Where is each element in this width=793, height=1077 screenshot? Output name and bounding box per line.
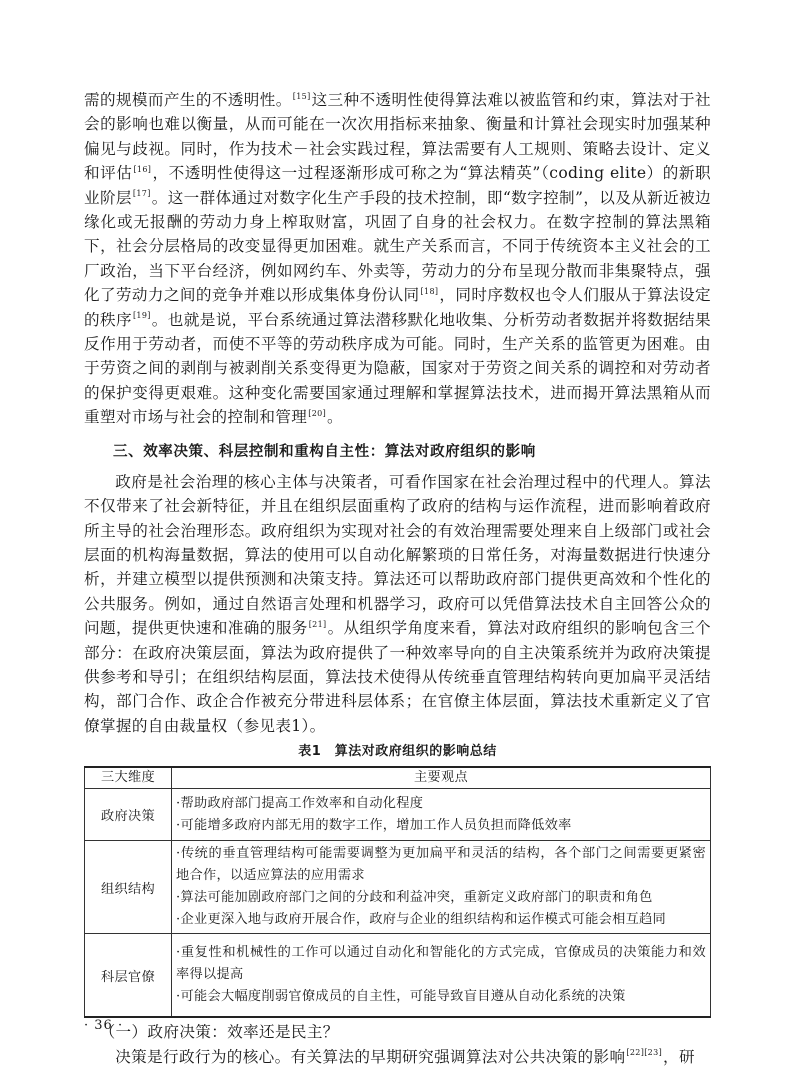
table-header-cell: 主要观点 (172, 767, 711, 789)
text-run: 决策是行政行为的核心。有关算法的早期研究强调算法对公共决策的影响 (115, 1048, 625, 1066)
summary-table: 三大维度 主要观点 政府决策 ·帮助政府部门提高工作效率和自动化程度 ·可能增多… (84, 766, 711, 1018)
citation: [15] (293, 92, 311, 101)
point-item: ·重复性和机械性的工作可以通过自动化和智能化的方式完成，官僚成员的决策能力和效率… (176, 942, 706, 986)
point-item: ·企业更深入地与政府开展合作，政府与企业的组织结构和运作模式可能会相互趋同 (176, 909, 706, 931)
points-cell: ·重复性和机械性的工作可以通过自动化和智能化的方式完成，官僚成员的决策能力和效率… (172, 934, 711, 1018)
table-row: 组织结构 ·传统的垂直管理结构可能需要调整为更加扁平和灵活的结构，各个部门之间需… (85, 841, 711, 934)
table-row: 政府决策 ·帮助政府部门提高工作效率和自动化程度 ·可能增多政府内部无用的数字工… (85, 789, 711, 841)
dimension-cell: 政府决策 (85, 789, 172, 841)
citation: [21] (309, 620, 327, 629)
text-run: 。也就是说，平台系统通过算法潜移默化地收集、分析劳动者数据并将数据结果反作用于劳… (84, 311, 711, 427)
page-body: 需的规模而产生的不透明性。[15]这三种不透明性使得算法难以被监管和约束，算法对… (84, 88, 711, 1069)
points-cell: ·帮助政府部门提高工作效率和自动化程度 ·可能增多政府内部无用的数字工作，增加工… (172, 789, 711, 841)
table-header-row: 三大维度 主要观点 (85, 767, 711, 789)
point-item: ·传统的垂直管理结构可能需要调整为更加扁平和灵活的结构，各个部门之间需要更紧密地… (176, 843, 706, 887)
text-run: 。 (327, 408, 343, 426)
citation: [22][23] (626, 1048, 662, 1057)
point-item: ·可能会大幅度削弱官僚成员的自主性，可能导致盲目遵从自动化系统的决策 (176, 986, 706, 1008)
citation: [18] (421, 287, 439, 296)
citation: [16] (133, 165, 151, 174)
points-cell: ·传统的垂直管理结构可能需要调整为更加扁平和灵活的结构，各个部门之间需要更紧密地… (172, 841, 711, 934)
point-item: ·可能增多政府内部无用的数字工作，增加工作人员负担而降低效率 (176, 815, 706, 837)
body-paragraph: 需的规模而产生的不透明性。[15]这三种不透明性使得算法难以被监管和约束，算法对… (84, 88, 711, 430)
table-header-cell: 三大维度 (85, 767, 172, 789)
dimension-cell: 科层官僚 (85, 934, 172, 1018)
table-caption: 表1 算法对政府组织的影响总结 (84, 742, 711, 762)
citation: [17] (133, 189, 151, 198)
table-row: 科层官僚 ·重复性和机械性的工作可以通过自动化和智能化的方式完成，官僚成员的决策… (85, 934, 711, 1018)
citation: [19] (133, 311, 151, 320)
dimension-cell: 组织结构 (85, 841, 172, 934)
section-heading: 三、效率决策、科层控制和重构自主性：算法对政府组织的影响 (84, 440, 711, 464)
text-run: 政府是社会治理的核心主体与决策者，可看作国家在社会治理过程中的代理人。算法不仅带… (84, 473, 711, 637)
point-item: ·帮助政府部门提高工作效率和自动化程度 (176, 793, 706, 815)
page-number: · 36 · (84, 1018, 123, 1033)
point-item: ·算法可能加剧政府部门之间的分歧和利益冲突，重新定义政府部门的职责和角色 (176, 887, 706, 909)
body-paragraph: 决策是行政行为的核心。有关算法的早期研究强调算法对公共决策的影响[22][23]… (84, 1045, 711, 1069)
text-run: ，研 (663, 1048, 695, 1066)
text-run: 需的规模而产生的不透明性。 (84, 91, 292, 109)
sub-heading: （一）政府决策：效率还是民主？ (84, 1020, 711, 1044)
body-paragraph: 政府是社会治理的核心主体与决策者，可看作国家在社会治理过程中的代理人。算法不仅带… (84, 470, 711, 738)
citation: [20] (308, 409, 326, 418)
